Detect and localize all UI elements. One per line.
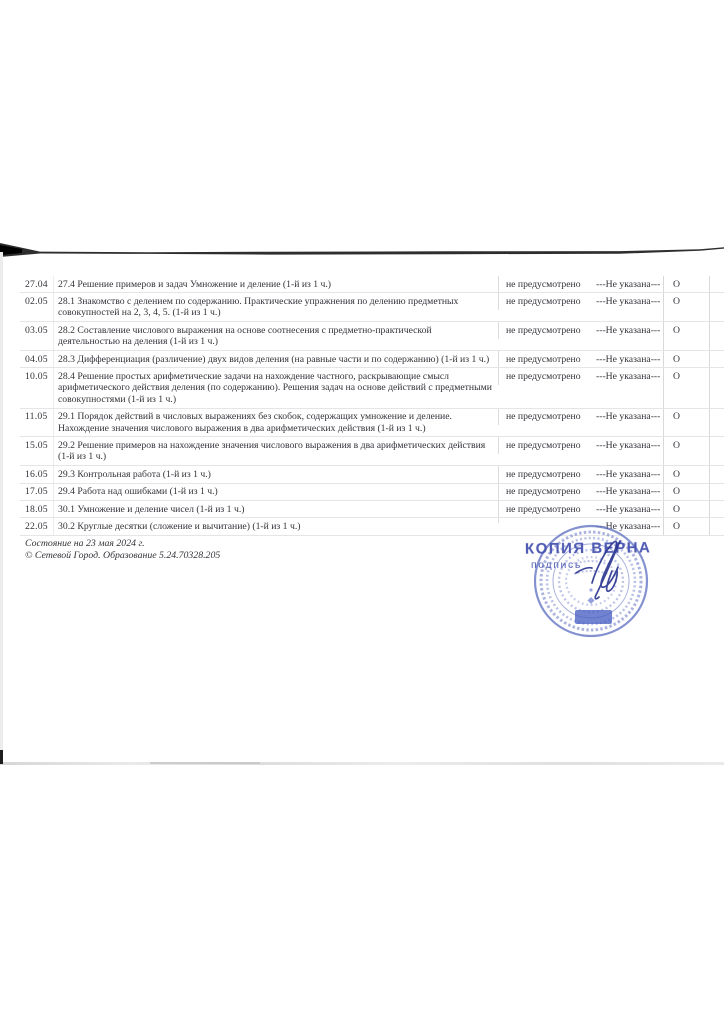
cell-attendance: О [663, 368, 710, 407]
cell-lesson-date: 04.05 [20, 351, 53, 367]
table-row: 04.05 28.3 Дифференциация (различение) д… [20, 351, 724, 368]
lesson-plan-table: 27.04 27.4 Решение примеров и задач Умно… [20, 276, 724, 562]
scan-left-edge [0, 252, 3, 764]
table-row: 22.05 30.2 Круглые десятки (сложение и в… [20, 518, 724, 535]
cell-attendance: О [663, 501, 710, 517]
cell-spacer [710, 409, 724, 414]
cell-spacer [710, 276, 724, 281]
cell-spacer [710, 368, 724, 373]
report-footer: Состояние на 23 мая 2024 г. © Сетевой Го… [20, 538, 724, 562]
table-row: 17.05 29.4 Работа над ошибками (1-й из 1… [20, 484, 724, 501]
scan-bottom-edge-shadow [150, 762, 260, 764]
cell-lesson-topic: 29.4 Работа над ошибками (1-й из 1 ч.) [53, 484, 498, 500]
cell-attendance: О [663, 484, 710, 500]
cell-lesson-date: 17.05 [20, 484, 53, 500]
cell-lesson-topic: 30.2 Круглые десятки (сложение и вычитан… [53, 518, 498, 534]
cell-homework: не предусмотрено [498, 293, 592, 309]
cell-homework: не предусмотрено [498, 466, 592, 482]
cell-homework: не предусмотрено [498, 276, 592, 292]
cell-lesson-topic: 29.3 Контрольная работа (1-й из 1 ч.) [53, 466, 498, 482]
cell-lesson-topic: 28.1 Знакомство с делением по содержанию… [53, 293, 498, 321]
table-row: 11.05 29.1 Порядок действий в числовых в… [20, 409, 724, 438]
cell-lesson-date: 15.05 [20, 437, 53, 453]
cell-lesson-topic: 27.4 Решение примеров и задач Умножение … [53, 276, 498, 292]
cell-homework: не предусмотрено [498, 351, 592, 367]
scan-bottom-edge [0, 762, 724, 765]
table-body: 27.04 27.4 Решение примеров и задач Умно… [20, 276, 724, 536]
cell-attendance: О [663, 466, 710, 482]
cell-attendance: О [663, 322, 710, 350]
cell-homework: не предусмотрено [498, 368, 592, 384]
cell-lesson-date: 18.05 [20, 501, 53, 517]
cell-spacer [710, 437, 724, 442]
cell-spacer [710, 466, 724, 471]
scanned-gradebook-page: 27.04 27.4 Решение примеров и задач Умно… [0, 0, 724, 1024]
cell-homework [498, 518, 592, 523]
cell-attendance: О [663, 409, 710, 437]
cell-lesson-date: 11.05 [20, 409, 53, 425]
cell-lesson-topic: 29.1 Порядок действий в числовых выражен… [53, 409, 498, 437]
cell-attendance: О [663, 351, 710, 367]
table-row: 27.04 27.4 Решение примеров и задач Умно… [20, 276, 724, 293]
cell-mark: ---Не указана--- [592, 368, 663, 384]
cell-spacer [710, 351, 724, 356]
cell-attendance: О [663, 518, 710, 534]
cell-lesson-topic: 28.3 Дифференциация (различение) двух ви… [53, 351, 498, 367]
cell-attendance: О [663, 293, 710, 321]
cell-lesson-topic: 29.2 Решение примеров на нахождение знач… [53, 437, 498, 465]
cell-lesson-topic: 30.1 Умножение и деление чисел (1-й из 1… [53, 501, 498, 517]
cell-mark: ---Не указана--- [592, 484, 663, 500]
cell-homework: не предусмотрено [498, 484, 592, 500]
table-row: 10.05 28.4 Решение простых арифметически… [20, 368, 724, 408]
cell-mark: ---Не указана--- [592, 351, 663, 367]
cell-lesson-date: 02.05 [20, 293, 53, 309]
table-row: 03.05 28.2 Составление числового выражен… [20, 322, 724, 351]
cell-lesson-date: 03.05 [20, 322, 53, 338]
cell-mark: ---Не указана--- [592, 322, 663, 338]
cell-mark: ---Не указана--- [592, 437, 663, 453]
cell-lesson-date: 27.04 [20, 276, 53, 292]
cell-mark: ---Не указана--- [592, 518, 663, 534]
scan-fold-line [0, 243, 724, 259]
cell-lesson-date: 22.05 [20, 518, 53, 534]
cell-mark: ---Не указана--- [592, 466, 663, 482]
table-row: 15.05 29.2 Решение примеров на нахождени… [20, 437, 724, 466]
cell-homework: не предусмотрено [498, 501, 592, 517]
cell-spacer [710, 322, 724, 327]
scan-corner-mark [0, 750, 3, 764]
cell-spacer [710, 501, 724, 506]
cell-homework: не предусмотрено [498, 409, 592, 425]
cell-mark: ---Не указана--- [592, 409, 663, 425]
cell-homework: не предусмотрено [498, 437, 592, 453]
table-row: 16.05 29.3 Контрольная работа (1-й из 1 … [20, 466, 724, 483]
cell-attendance: О [663, 437, 710, 465]
table-row: 02.05 28.1 Знакомство с делением по соде… [20, 293, 724, 322]
cell-mark: ---Не указана--- [592, 293, 663, 309]
cell-lesson-topic: 28.2 Составление числового выражения на … [53, 322, 498, 350]
cell-mark: ---Не указана--- [592, 501, 663, 517]
cell-lesson-date: 16.05 [20, 466, 53, 482]
cell-homework: не предусмотрено [498, 322, 592, 338]
cell-attendance: О [663, 276, 710, 292]
cell-spacer [710, 484, 724, 489]
cell-lesson-topic: 28.4 Решение простых арифметические зада… [53, 368, 498, 407]
cell-mark: ---Не указана--- [592, 276, 663, 292]
cell-lesson-date: 10.05 [20, 368, 53, 384]
table-row: 18.05 30.1 Умножение и деление чисел (1-… [20, 501, 724, 518]
report-state-date: Состояние на 23 мая 2024 г. [25, 538, 724, 550]
cell-spacer [710, 518, 724, 523]
cell-spacer [710, 293, 724, 298]
copyright-line: © Сетевой Город. Образование 5.24.70328.… [25, 550, 724, 562]
